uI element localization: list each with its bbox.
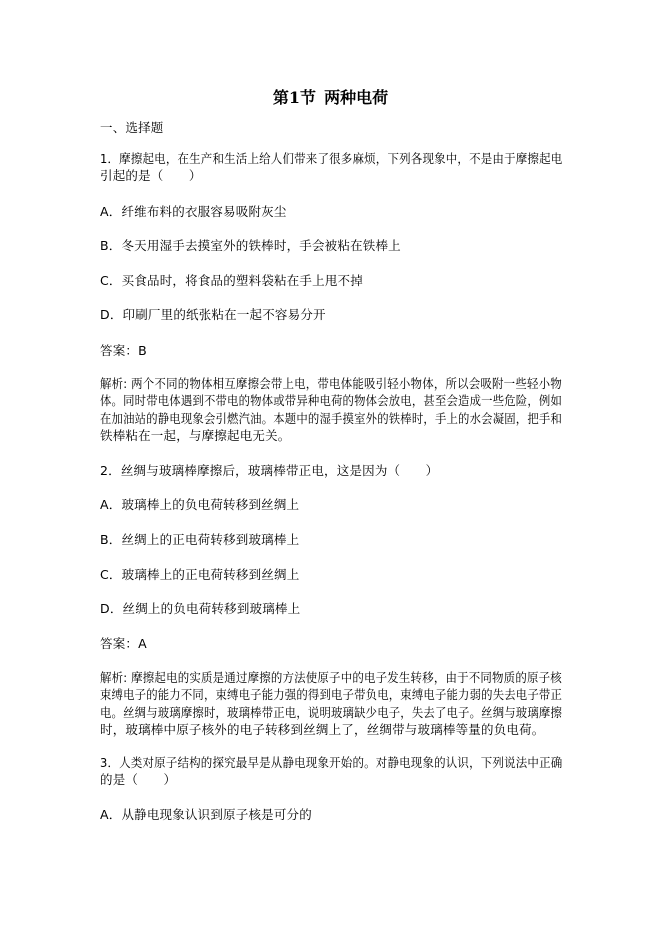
option-b: B．冬天用湿手去摸室外的铁棒时，手会被粘在铁棒上 [100, 237, 401, 254]
title-topic: 两种电荷 [324, 88, 388, 107]
option-c: C．玻璃棒上的正电荷转移到丝绸上 [100, 566, 299, 583]
question-stem: 引起的是（ ） [100, 167, 202, 184]
option-d: D．印刷厂里的纸张粘在一起不容易分开 [100, 306, 326, 323]
question-stem: 3．人类对原子结构的探究最早是从静电现象开始的。对静电现象的认识，下列说法中正确 [100, 754, 562, 771]
answer: 答案：B [100, 342, 147, 359]
question-stem: 的是（ ） [100, 771, 176, 788]
analysis-line: 铁棒粘在一起，与摩擦起电无关。 [100, 427, 291, 444]
option-a: A．纤维布料的衣服容易吸附灰尘 [100, 203, 287, 220]
question-stem: 1．摩擦起电，在生产和生活上给人们带来了很多麻烦，下列各现象中，不是由于摩擦起电 [100, 150, 562, 167]
analysis-line: 时，玻璃棒中原子核外的电子转移到丝绸上了，丝绸带与玻璃棒等量的负电荷。 [100, 721, 545, 738]
title-chapter: 第1节 [273, 88, 316, 107]
analysis-line: 解析: 摩擦起电的实质是通过摩擦的方法使原子中的电子发生转移，由于不同物质的原子… [100, 669, 562, 686]
question-stem: 2．丝绸与玻璃棒摩擦后，玻璃棒带正电，这是因为（ ） [100, 462, 438, 479]
analysis-line: 电。丝绸与玻璃摩擦时，玻璃棒带正电，说明玻璃缺少电子，失去了电子。丝绸与玻璃摩擦 [100, 704, 562, 721]
analysis-line: 解析: 两个不同的物体相互摩擦会带上电，带电体能吸引轻小物体，所以会吸附一些轻小… [100, 375, 562, 392]
option-a: A．从静电现象认识到原子核是可分的 [100, 806, 312, 823]
option-a: A．玻璃棒上的负电荷转移到丝绸上 [100, 496, 299, 513]
section-heading: 一、选择题 [100, 119, 164, 136]
analysis-line: 体。同时带电体遇到不带电的物体或带异种电荷的物体会放电，甚至会造成一些危险，例如 [100, 392, 562, 409]
option-d: D．丝绸上的负电荷转移到玻璃棒上 [100, 600, 300, 617]
answer: 答案：A [100, 635, 147, 652]
analysis-line: 在加油站的静电现象会引燃汽油。本题中的湿手摸室外的铁棒时，手上的水会凝固，把手和 [100, 410, 562, 427]
option-b: B．丝绸上的正电荷转移到玻璃棒上 [100, 531, 299, 548]
analysis-line: 束缚电子的能力不同，束缚电子能力强的得到电子带负电，束缚电子能力弱的失去电子带正 [100, 686, 562, 703]
page-title: 第1节两种电荷 [0, 88, 661, 108]
option-c: C．买食品时，将食品的塑料袋粘在手上甩不掉 [100, 272, 363, 289]
